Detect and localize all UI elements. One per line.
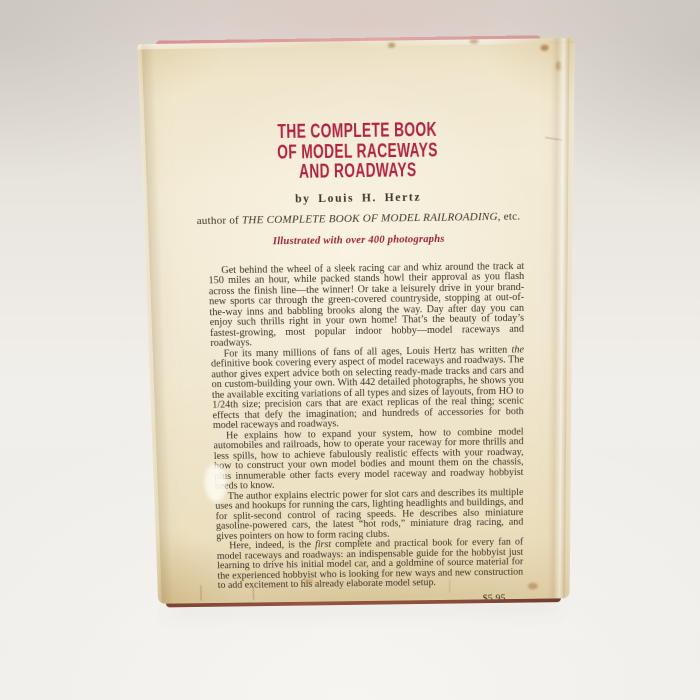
illustration-note: Illustrated with over 400 photographs [145, 230, 573, 249]
stain-corner-speck [556, 61, 561, 70]
blurb-paragraph: Get behind the wheel of a sleek racing c… [208, 261, 524, 349]
title-line-3: AND ROADWAYS [204, 159, 510, 183]
byline: by Louis H. Hertz [143, 189, 573, 208]
stain-bottom-left-spot [305, 578, 313, 584]
blurb: Get behind the wheel of a sleek racing c… [208, 261, 524, 591]
crease-bottom-3 [449, 579, 450, 592]
dust-jacket-back-panel: THE COMPLETE BOOK OF MODEL RACEWAYS AND … [137, 38, 574, 604]
blurb-paragraph: For its many millions of fans of all age… [211, 345, 524, 431]
author-credit: author of THE COMPLETE BOOK OF MODEL RAI… [144, 209, 573, 228]
blurb-paragraph: Here, indeed, is the first complete and … [216, 538, 523, 591]
blurb-paragraph: He explains how to expand your system, h… [213, 427, 524, 492]
blurb-paragraph: The author explains electric power for s… [215, 488, 524, 542]
book-title: THE COMPLETE BOOK OF MODEL RACEWAYS AND … [140, 118, 573, 184]
jacket-content: THE COMPLETE BOOK OF MODEL RACEWAYS AND … [137, 38, 574, 604]
book: THE COMPLETE BOOK OF MODEL RACEWAYS AND … [137, 38, 574, 604]
stain-foxing-1 [357, 540, 363, 545]
photo-backdrop: THE COMPLETE BOOK OF MODEL RACEWAYS AND … [0, 0, 700, 700]
